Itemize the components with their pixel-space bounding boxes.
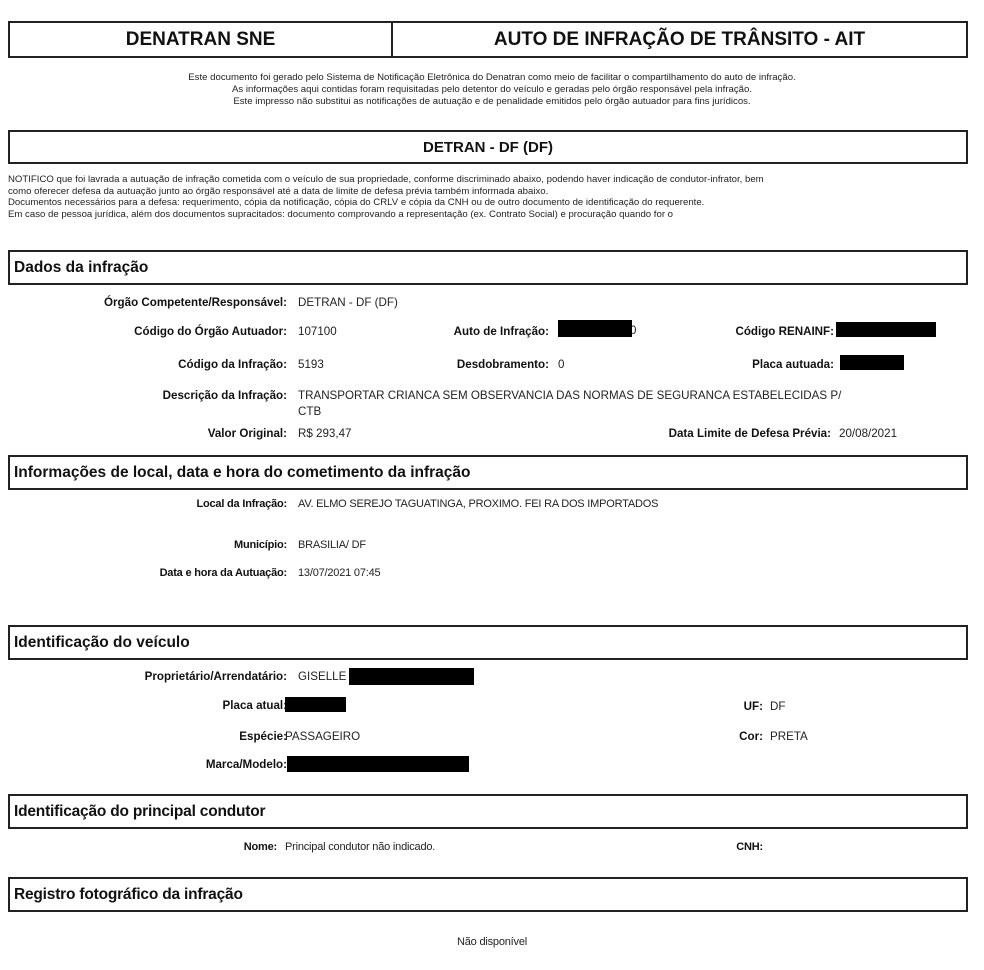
data-limite-label: Data Limite de Defesa Prévia: bbox=[669, 427, 831, 440]
nome-label: Nome: bbox=[244, 841, 277, 853]
municipio-label: Município: bbox=[234, 539, 287, 551]
descricao-value-line1: TRANSPORTAR CRIANCA SEM OBSERVANCIA DAS … bbox=[298, 389, 841, 402]
document-header: DENATRAN SNE AUTO DE INFRAÇÃO DE TRÂNSIT… bbox=[8, 21, 968, 58]
notification-intro: NOTIFICO que foi lavrada a autuação de i… bbox=[8, 174, 976, 220]
organ-title: DETRAN - DF (DF) bbox=[8, 130, 968, 164]
codigo-orgao-value: 107100 bbox=[298, 325, 337, 338]
uf-value: DF bbox=[770, 700, 785, 713]
header-left-title: DENATRAN SNE bbox=[10, 23, 393, 56]
notice-line: Este documento foi gerado pelo Sistema d… bbox=[0, 72, 984, 84]
placa-autuada-label: Placa autuada: bbox=[752, 358, 834, 371]
cnh-label: CNH: bbox=[736, 841, 763, 853]
desdobramento-label: Desdobramento: bbox=[457, 358, 549, 371]
placa-atual-label: Placa atual: bbox=[223, 699, 287, 712]
data-autuacao-label: Data e hora da Autuação: bbox=[160, 567, 287, 579]
marca-modelo-label: Marca/Modelo: bbox=[206, 758, 287, 771]
municipio-value: BRASILIA/ DF bbox=[298, 539, 366, 551]
local-value: AV. ELMO SEREJO TAGUATINGA, PROXIMO. FEI… bbox=[298, 498, 658, 510]
notice-line: As informações aqui contidas foram requi… bbox=[0, 84, 984, 96]
notice-line: Este impresso não substitui as notificaç… bbox=[0, 96, 984, 108]
cor-value: PRETA bbox=[770, 730, 808, 743]
intro-line: Documentos necessários para a defesa: re… bbox=[8, 197, 976, 209]
valor-value: R$ 293,47 bbox=[298, 427, 352, 440]
descricao-label: Descrição da Infração: bbox=[163, 389, 287, 402]
foto-status: Não disponível bbox=[0, 936, 984, 948]
section-header-veiculo: Identificação do veículo bbox=[8, 625, 968, 660]
section-header-local: Informações de local, data e hora do com… bbox=[8, 455, 968, 490]
section-header-condutor: Identificação do principal condutor bbox=[8, 794, 968, 829]
auto-infracao-label: Auto de Infração: bbox=[454, 325, 549, 338]
redaction-auto-infracao bbox=[558, 320, 632, 337]
intro-line: NOTIFICO que foi lavrada a autuação de i… bbox=[8, 174, 976, 186]
valor-label: Valor Original: bbox=[208, 427, 287, 440]
section-header-infracao: Dados da infração bbox=[8, 250, 968, 285]
redaction-placa-atual bbox=[285, 697, 346, 712]
codigo-infracao-value: 5193 bbox=[298, 358, 324, 371]
data-autuacao-value: 13/07/2021 07:45 bbox=[298, 567, 380, 579]
proprietario-value: GISELLE bbox=[298, 670, 346, 683]
redaction-proprietario bbox=[349, 668, 474, 685]
generation-notice: Este documento foi gerado pelo Sistema d… bbox=[0, 72, 984, 108]
desdobramento-value: 0 bbox=[558, 358, 564, 371]
intro-line: Em caso de pessoa jurídica, além dos doc… bbox=[8, 209, 976, 221]
codigo-infracao-label: Código da Infração: bbox=[178, 358, 287, 371]
especie-label: Espécie: bbox=[239, 730, 287, 743]
section-header-foto: Registro fotográfico da infração bbox=[8, 877, 968, 912]
local-label: Local da Infração: bbox=[196, 498, 287, 510]
descricao-value-line2: CTB bbox=[298, 405, 321, 418]
redaction-marca-modelo bbox=[287, 756, 469, 772]
intro-line: como oferecer defesa da autuação junto a… bbox=[8, 186, 976, 198]
header-right-title: AUTO DE INFRAÇÃO DE TRÂNSITO - AIT bbox=[393, 23, 966, 56]
data-limite-value: 20/08/2021 bbox=[839, 427, 897, 440]
uf-label: UF: bbox=[744, 700, 763, 713]
codigo-orgao-label: Código do Órgão Autuador: bbox=[134, 325, 287, 338]
nome-value: Principal condutor não indicado. bbox=[285, 841, 435, 853]
redaction-placa-autuada bbox=[840, 355, 904, 370]
renainf-label: Código RENAINF: bbox=[735, 325, 834, 338]
proprietario-label: Proprietário/Arrendatário: bbox=[145, 670, 287, 683]
cor-label: Cor: bbox=[739, 730, 763, 743]
redaction-renainf bbox=[836, 322, 936, 337]
orgao-value: DETRAN - DF (DF) bbox=[298, 296, 398, 309]
especie-value: PASSAGEIRO bbox=[285, 730, 360, 743]
orgao-label: Órgão Competente/Responsável: bbox=[104, 296, 287, 309]
